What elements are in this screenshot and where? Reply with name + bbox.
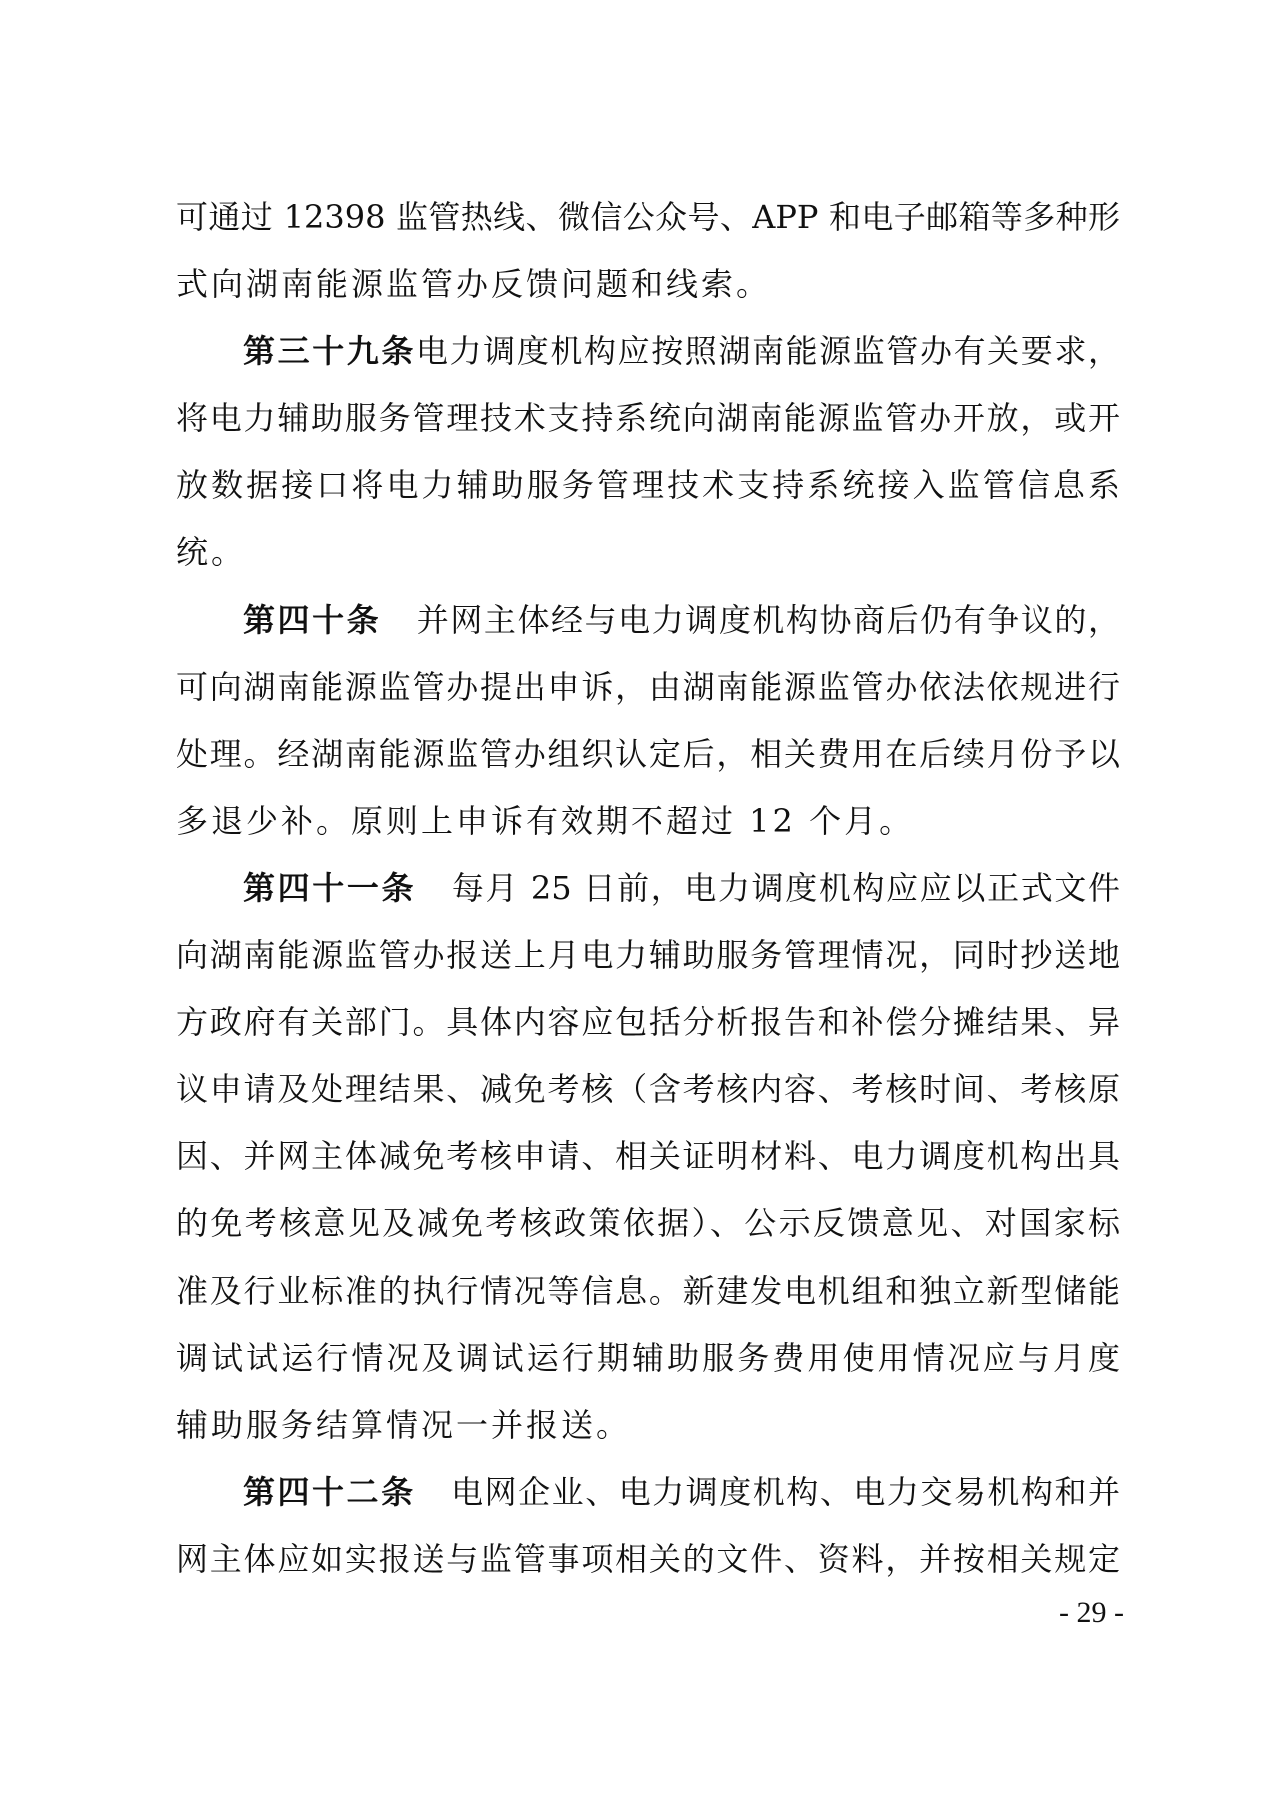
text-line: 议申请及处理结果、减免考核（含考核内容、考核时间、考核原 [176,1056,1120,1123]
text-line: 多退少补。原则上申诉有效期不超过 12 个月。 [176,788,1120,855]
text-line: 可通过 12398 监管热线、微信公众号、APP 和电子邮箱等多种形 [176,184,1120,251]
text-line: 向湖南能源监管办报送上月电力辅助服务管理情况，同时抄送地 [176,922,1120,989]
article-text: 每月 25 日前，电力调度机构应应以正式文件 [450,869,1120,907]
text-line: 处理。经湖南能源监管办组织认定后，相关费用在后续月份予以 [176,721,1120,788]
article-42-line: 第四十二条电网企业、电力调度机构、电力交易机构和并 [176,1459,1120,1526]
article-text: 并网主体经与电力调度机构协商后仍有争议的， [415,601,1120,639]
article-heading: 第四十一条 [243,869,416,907]
text-line: 式向湖南能源监管办反馈问题和线索。 [176,251,1120,318]
article-text: 电力调度机构应按照湖南能源监管办有关要求， [416,332,1120,370]
article-heading: 第三十九条 [243,332,416,370]
document-page: 可通过 12398 监管热线、微信公众号、APP 和电子邮箱等多种形 式向湖南能… [0,0,1280,1810]
text-line: 网主体应如实报送与监管事项相关的文件、资料，并按相关规定 [176,1526,1120,1593]
text-line: 将电力辅助服务管理技术支持系统向湖南能源监管办开放，或开 [176,385,1120,452]
text-line: 辅助服务结算情况一并报送。 [176,1392,1120,1459]
text-line: 的免考核意见及减免考核政策依据）、公示反馈意见、对国家标 [176,1190,1120,1257]
text-line: 因、并网主体减免考核申请、相关证明材料、电力调度机构出具 [176,1123,1120,1190]
article-39-line: 第三十九条电力调度机构应按照湖南能源监管办有关要求， [176,318,1120,385]
article-heading: 第四十条 [243,601,381,639]
text-line: 调试试运行情况及调试运行期辅助服务费用使用情况应与月度 [176,1325,1120,1392]
article-40-line: 第四十条并网主体经与电力调度机构协商后仍有争议的， [176,587,1120,654]
text-line: 准及行业标准的执行情况等信息。新建发电机组和独立新型储能 [176,1258,1120,1325]
text-line: 放数据接口将电力辅助服务管理技术支持系统接入监管信息系 [176,452,1120,519]
body-text: 可通过 12398 监管热线、微信公众号、APP 和电子邮箱等多种形 式向湖南能… [176,184,1120,1593]
article-text: 电网企业、电力调度机构、电力交易机构和并 [450,1473,1120,1511]
text-line: 可向湖南能源监管办提出申诉，由湖南能源监管办依法依规进行 [176,654,1120,721]
page-number: - 29 - [1030,1594,1124,1632]
article-41-line: 第四十一条每月 25 日前，电力调度机构应应以正式文件 [176,855,1120,922]
article-heading: 第四十二条 [243,1473,416,1511]
text-line: 方政府有关部门。具体内容应包括分析报告和补偿分摊结果、异 [176,989,1120,1056]
text-line: 统。 [176,519,1120,586]
